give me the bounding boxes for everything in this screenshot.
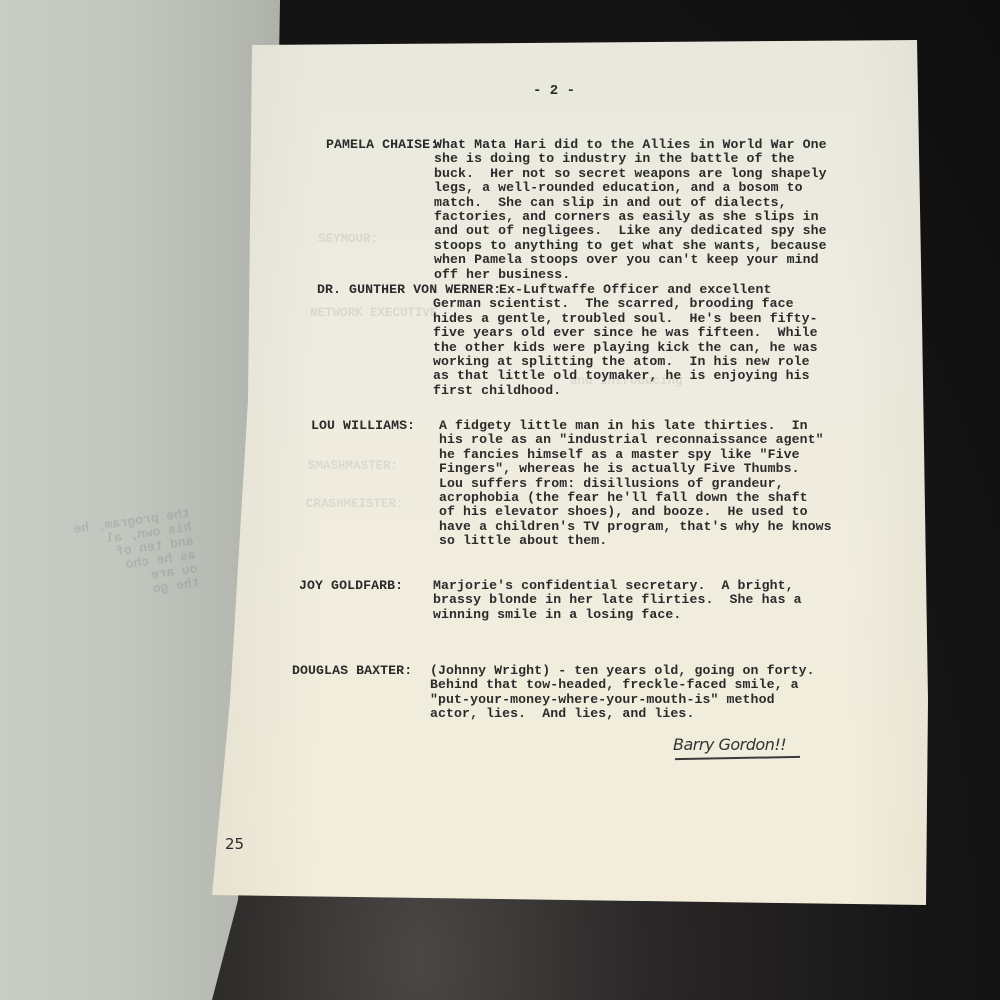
- description-line: the other kids were playing kick the can…: [433, 341, 818, 355]
- show-through-text: SEYMOUR:: [318, 232, 378, 246]
- left-page-bleed-through: the program, he his own, al and ten of a…: [0, 507, 209, 683]
- description-line: Ex-Luftwaffe Officer and excellent: [499, 283, 818, 297]
- character-name: PAMELA CHAISE:: [326, 138, 438, 152]
- character-name: LOU WILLIAMS:: [311, 419, 415, 433]
- character-description: What Mata Hari did to the Allies in Worl…: [434, 138, 827, 282]
- character-description: A fidgety little man in his late thirtie…: [439, 419, 832, 549]
- description-line: Lou suffers from: disillusions of grande…: [439, 477, 832, 491]
- description-line: factories, and corners as easily as she …: [434, 210, 827, 224]
- show-through-text: NETWORK EXECUTIVE: [310, 306, 438, 320]
- description-line: five years old ever since he was fifteen…: [433, 326, 818, 340]
- show-through-text: CRASHMEISTER:: [306, 497, 404, 511]
- description-line: so little about them.: [439, 534, 832, 548]
- description-line: first childhood.: [433, 384, 818, 398]
- description-line: What Mata Hari did to the Allies in Worl…: [434, 138, 827, 152]
- description-line: have a children's TV program, that's why…: [439, 520, 832, 534]
- description-line: buck. Her not so secret weapons are long…: [434, 167, 827, 181]
- description-line: Marjorie's confidential secretary. A bri…: [433, 579, 802, 593]
- description-line: off her business.: [434, 268, 827, 282]
- character-description: Marjorie's confidential secretary. A bri…: [433, 579, 802, 622]
- description-line: working at splitting the atom. In his ne…: [433, 355, 818, 369]
- description-line: as that little old toymaker, he is enjoy…: [433, 369, 818, 383]
- footer-page-number: 25: [225, 835, 244, 853]
- description-line: his role as an "industrial reconnaissanc…: [439, 433, 832, 447]
- description-line: when Pamela stoops over you can't keep y…: [434, 253, 827, 267]
- description-line: stoops to anything to get what she wants…: [434, 239, 827, 253]
- character-description: Ex-Luftwaffe Officer and excellentGerman…: [433, 283, 818, 398]
- description-line: (Johnny Wright) - ten years old, going o…: [430, 664, 815, 678]
- show-through-text: SMASHMASTER:: [308, 459, 398, 473]
- description-line: hides a gentle, troubled soul. He's been…: [433, 312, 818, 326]
- description-line: acrophobia (the fear he'll fall down the…: [439, 491, 832, 505]
- description-line: German scientist. The scarred, brooding …: [433, 297, 818, 311]
- description-line: Fingers", whereas he is actually Five Th…: [439, 462, 832, 476]
- description-line: "put-your-money-where-your-mouth-is" met…: [430, 693, 815, 707]
- description-line: she is doing to industry in the battle o…: [434, 152, 827, 166]
- description-line: winning smile in a losing face.: [433, 608, 802, 622]
- description-line: Behind that tow-headed, freckle-faced sm…: [430, 678, 815, 692]
- description-line: brassy blonde in her late flirties. She …: [433, 593, 802, 607]
- description-line: A fidgety little man in his late thirtie…: [439, 419, 832, 433]
- handwritten-note: Barry Gordon!!: [673, 735, 786, 754]
- description-line: actor, lies. And lies, and lies.: [430, 707, 815, 721]
- description-line: of his elevator shoes), and booze. He us…: [439, 505, 832, 519]
- description-line: he fancies himself as a master spy like …: [439, 448, 832, 462]
- description-line: match. She can slip in and out of dialec…: [434, 196, 827, 210]
- character-description: (Johnny Wright) - ten years old, going o…: [430, 664, 815, 722]
- description-line: and out of negligees. Like any dedicated…: [434, 224, 827, 238]
- character-name: DOUGLAS BAXTER:: [292, 664, 412, 678]
- character-name: JOY GOLDFARB:: [299, 579, 403, 593]
- description-line: legs, a well-rounded education, and a bo…: [434, 181, 827, 195]
- page-header-number: - 2 -: [533, 83, 575, 99]
